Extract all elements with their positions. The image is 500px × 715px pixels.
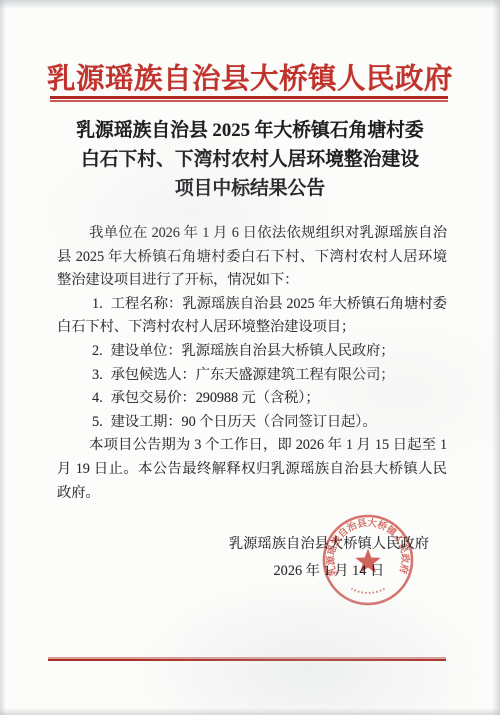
scanned-document: 乳源瑶族自治县大桥镇人民政府 乳源瑶族自治县 2025 年大桥镇石角塘村委 白石… (0, 0, 500, 715)
document-title-line3: 项目中标结果公告 (30, 174, 470, 203)
document-title-line1: 乳源瑶族自治县 2025 年大桥镇石角塘村委 (30, 116, 470, 145)
item-number: 4. (92, 390, 103, 406)
bid-item: 5.建设工期：90 个日历天（合同签订日起）。 (57, 411, 447, 435)
item-number: 2. (92, 343, 103, 359)
seal-ring-text: 乳源瑶族自治县大桥镇人民政府 (325, 517, 411, 578)
document-title-line2: 白石下村、下湾村农村人居环境整治建设 (30, 145, 470, 174)
bid-item: 1.工程名称：乳源瑶族自治县 2025 年大桥镇石角塘村委白石下村、下湾村农村人… (57, 293, 447, 340)
item-text: 承包候选人：广东天盛源建筑工程有限公司； (111, 367, 395, 383)
footer-rule (48, 657, 446, 661)
item-text: 建设工期：90 个日历天（合同签订日起）。 (111, 414, 377, 430)
document-title: 乳源瑶族自治县 2025 年大桥镇石角塘村委 白石下村、下湾村农村人居环境整治建… (30, 116, 470, 203)
document-body: 我单位在 2026 年 1 月 6 日依法依规组织对乳源瑶族自治县 2025 年… (57, 222, 447, 505)
item-number: 1. (92, 296, 103, 312)
letterhead-rule-thin (50, 100, 448, 102)
official-seal: 乳源瑶族自治县大桥镇人民政府 (320, 512, 416, 608)
closing-paragraph: 本项目公告期为 3 个工作日，即 2026 年 1 月 15 日起至 1 月 1… (57, 434, 447, 505)
bid-item: 2.建设单位：乳源瑶族自治县大桥镇人民政府； (57, 340, 447, 364)
seal-bottom-marks (352, 589, 385, 593)
footer-rule-dark (48, 659, 446, 662)
item-text: 工程名称：乳源瑶族自治县 2025 年大桥镇石角塘村委白石下村、下湾村农村人居环… (57, 296, 447, 336)
letterhead-rule-thick (50, 96, 448, 99)
letterhead-rule (50, 96, 448, 102)
intro-paragraph: 我单位在 2026 年 1 月 6 日依法依规组织对乳源瑶族自治县 2025 年… (57, 222, 447, 293)
item-text: 建设单位：乳源瑶族自治县大桥镇人民政府； (111, 343, 395, 359)
svg-text:乳源瑶族自治县大桥镇人民政府: 乳源瑶族自治县大桥镇人民政府 (325, 517, 411, 578)
bid-item: 3.承包候选人：广东天盛源建筑工程有限公司； (57, 364, 447, 388)
bid-item: 4.承包交易价：290988 元（含税）； (57, 387, 447, 411)
item-number: 5. (92, 414, 103, 430)
item-number: 3. (92, 367, 103, 383)
item-text: 承包交易价：290988 元（含税）； (111, 390, 320, 406)
letterhead-title: 乳源瑶族自治县大桥镇人民政府 (0, 56, 500, 97)
seal-star-icon (355, 549, 381, 573)
